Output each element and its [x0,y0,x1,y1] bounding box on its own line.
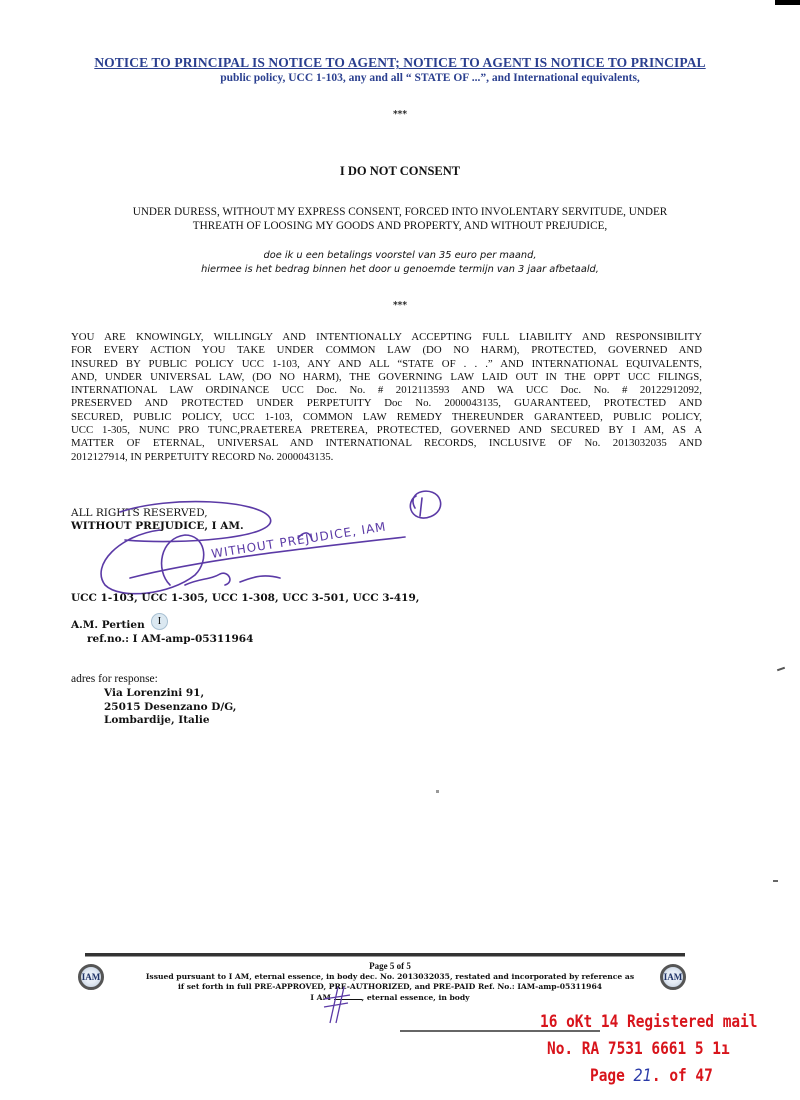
duress-line: UNDER DURESS, WITHOUT MY EXPRESS CONSENT… [70,205,730,219]
scan-speck [773,880,778,882]
duress-statement: UNDER DURESS, WITHOUT MY EXPRESS CONSENT… [70,205,730,233]
paragraph-line: SECURED, PUBLIC POLICY, UCC 1-103, COMMO… [71,411,702,424]
address-block: Via Lorenzini 91, 25015 Desenzano D/G, L… [104,687,236,728]
consent-title: I DO NOT CONSENT [0,164,800,179]
paragraph-line: MATTER OF ETERNAL, UNIVERSAL AND INTERNA… [71,437,702,450]
paragraph-line: FOR EVERY ACTION YOU TAKE UNDER COMMON L… [71,344,702,357]
address-line: Lombardije, Italie [104,714,236,728]
stamp-line-page: Page 21. of 47 [590,1066,713,1086]
proposal-line: hiermee is het bedrag binnen het door u … [70,263,730,277]
address-line: 25015 Desenzano D/G, [104,701,236,715]
footer-line: I AM , eternal essence, in body [100,993,680,1004]
separator-stars: *** [0,110,800,120]
signer-name: A.M. Pertien [71,619,145,631]
stamp-line-date: 16 oKt 14 Registered mail [540,1012,757,1032]
address-label: adres for response: [71,673,158,685]
liability-paragraph: YOU ARE KNOWINGLY, WILLINGLY AND INTENTI… [71,331,702,464]
paragraph-line: YOU ARE KNOWINGLY, WILLINGLY AND INTENTI… [71,331,702,344]
reference-number: ref.no.: I AM-amp-05311964 [87,633,253,645]
footer-initial-scribble [322,985,352,1025]
footer-line: Issued pursuant to I AM, eternal essence… [100,972,680,983]
paragraph-line: INSURED BY PUBLIC POLICY UCC 1-103, ANY … [71,358,702,371]
i-badge: I [151,613,168,630]
stamp-page-label: Page [590,1066,625,1086]
stamp-page-total: . of 47 [652,1066,713,1086]
stamp-page-handwritten: 21 [634,1066,652,1086]
duress-line: THREATH OF LOOSING MY GOODS AND PROPERTY… [70,219,730,233]
stamp-line-number: No. RA 7531 6661 5 1ı [547,1039,730,1059]
ucc-references: UCC 1-103, UCC 1-305, UCC 1-308, UCC 3-5… [71,592,419,604]
paragraph-line: UCC 1-305, NUNC PRO TUNC,PRAETEREA PRETE… [71,424,702,437]
footer-line: if set forth in full PRE-APPROVED, PRE-A… [100,982,680,993]
proposal-line: doe ik u een betalings voorstel van 35 e… [70,249,730,263]
handwritten-text: WITHOUT PREJUDICE, IAM [210,519,387,561]
footer-rule [85,953,685,957]
scan-speck [436,790,439,793]
paragraph-line: PRESERVED AND PROTECTED UNDER PERPETUITY… [71,397,702,410]
scan-speck [777,667,785,672]
scan-corner-mark [775,0,800,5]
payment-proposal: doe ik u een betalings voorstel van 35 e… [70,249,730,277]
footer-eternal: , eternal essence, in body [362,993,470,1002]
separator-stars: *** [0,301,800,311]
footer-text: Page 5 of 5 Issued pursuant to I AM, ete… [100,961,680,1003]
paragraph-line: 2012127914, IN PERPETUITY RECORD No. 200… [71,451,702,464]
paragraph-line: INTERNATIONAL LAW ORDINANCE UCC Doc. No.… [71,384,702,397]
paragraph-line: AND, UNDER UNIVERSAL LAW, (DO NO HARM), … [71,371,702,384]
page-number: Page 5 of 5 [100,961,680,972]
notice-subtitle: public policy, UCC 1-103, any and all “ … [0,72,800,84]
address-line: Via Lorenzini 91, [104,687,236,701]
notice-title: NOTICE TO PRINCIPAL IS NOTICE TO AGENT; … [0,55,800,71]
